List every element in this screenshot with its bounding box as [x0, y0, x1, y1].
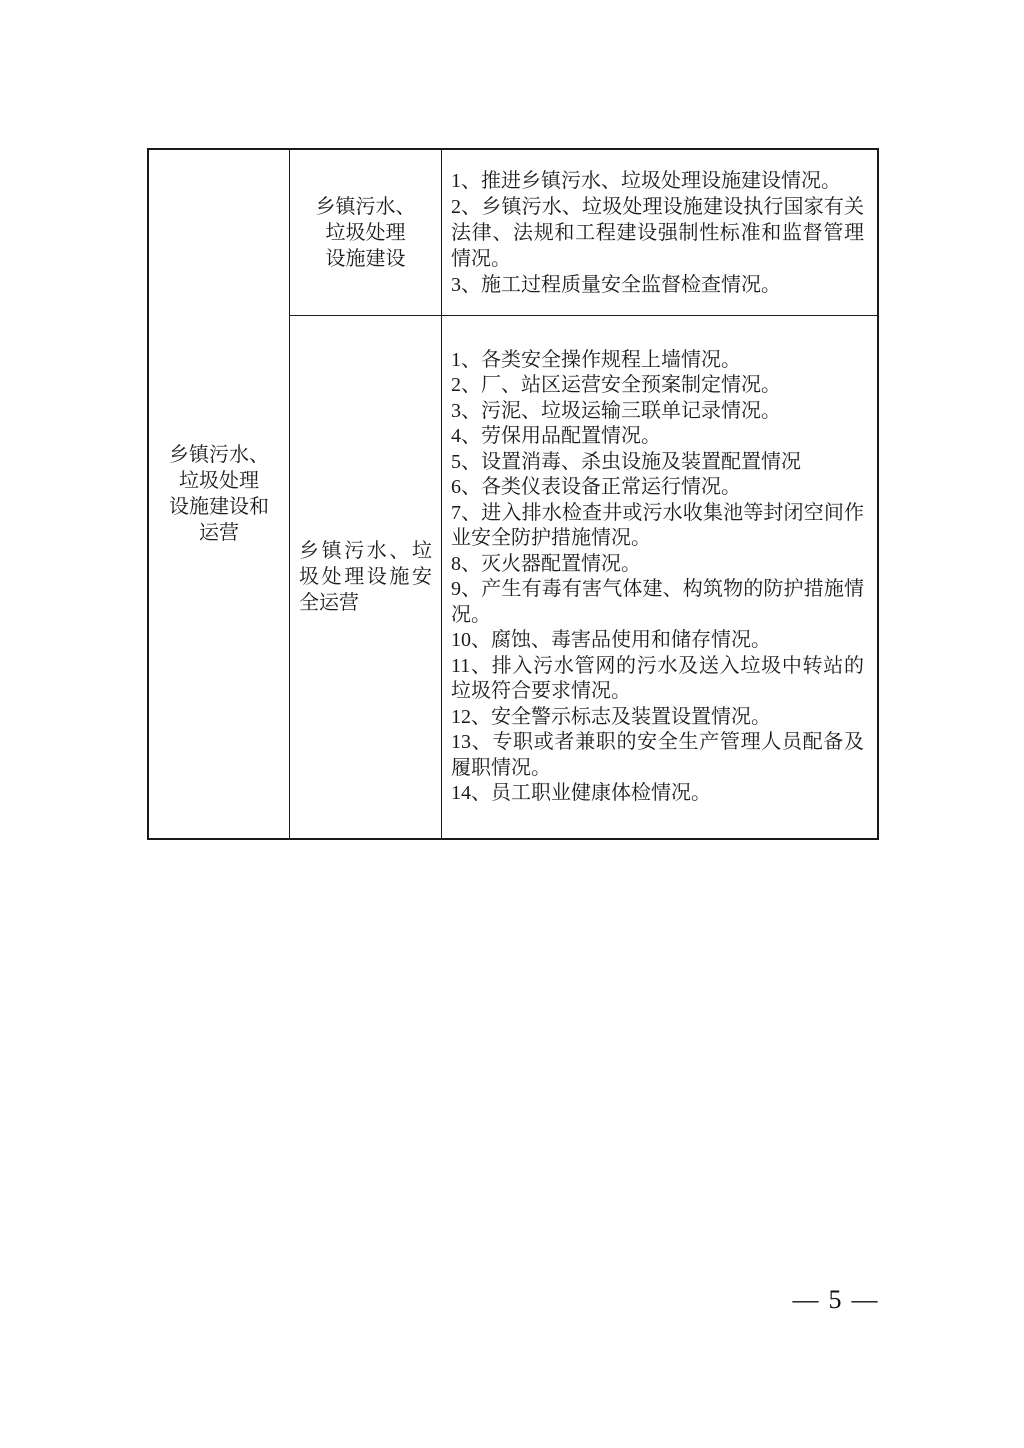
page-number-dash-right: —: [852, 1285, 878, 1314]
checklist-cell-operation: 1、各类安全操作规程上墙情况。2、厂、站区运营安全预案制定情况。3、污泥、垃圾运…: [442, 316, 877, 838]
subcategory-line: 垃圾处理: [326, 220, 406, 246]
checklist-cell-construction: 1、推进乡镇污水、垃圾处理设施建设情况。2、乡镇污水、垃圾处理设施建设执行国家有…: [442, 150, 877, 316]
checklist-item: 9、产生有毒有害气体建、构筑物的防护措施情况。: [451, 577, 864, 628]
checklist-item: 3、施工过程质量安全监督检查情况。: [451, 272, 864, 298]
category-line: 设施建设和: [169, 494, 269, 520]
checklist-item: 2、厂、站区运营安全预案制定情况。: [451, 373, 864, 399]
checklist-item: 11、排入污水管网的污水及送入垃圾中转站的垃圾符合要求情况。: [451, 654, 864, 705]
checklist-item: 1、推进乡镇污水、垃圾处理设施建设情况。: [451, 168, 864, 194]
document-page: { "table": { "category": { "lines": ["乡镇…: [0, 0, 1024, 1448]
checklist-item: 3、污泥、垃圾运输三联单记录情况。: [451, 399, 864, 425]
category-cell: 乡镇污水、垃圾处理设施建设和运营: [149, 150, 290, 838]
page-number: —5—: [770, 1285, 900, 1315]
checklist-item: 13、专职或者兼职的安全生产管理人员配备及履职情况。: [451, 730, 864, 781]
page-number-dash-left: —: [793, 1285, 819, 1314]
subcategory-cell-operation: 乡镇污水、垃圾处理设施安全运营: [290, 316, 442, 838]
checklist-item: 10、腐蚀、毒害品使用和储存情况。: [451, 628, 864, 654]
checklist-item: 8、灭火器配置情况。: [451, 552, 864, 578]
checklist-item: 6、各类仪表设备正常运行情况。: [451, 475, 864, 501]
checklist-item: 5、设置消毒、杀虫设施及装置配置情况: [451, 450, 864, 476]
checklist-item: 2、乡镇污水、垃圾处理设施建设执行国家有关法律、法规和工程建设强制性标准和监督管…: [451, 194, 864, 272]
subcategory-text: 乡镇污水、垃圾处理设施安全运营: [299, 538, 432, 616]
subcategory-cell-construction: 乡镇污水、垃圾处理设施建设: [290, 150, 442, 316]
subcategory-line: 设施建设: [326, 246, 406, 272]
category-line: 垃圾处理: [179, 468, 259, 494]
inspection-table: 乡镇污水、垃圾处理设施建设和运营 乡镇污水、垃圾处理设施建设 1、推进乡镇污水、…: [147, 148, 879, 840]
subcategory-line: 乡镇污水、: [316, 194, 416, 220]
checklist-item: 4、劳保用品配置情况。: [451, 424, 864, 450]
checklist-item: 14、员工职业健康体检情况。: [451, 781, 864, 807]
category-line: 运营: [199, 520, 239, 546]
checklist-item: 12、安全警示标志及装置设置情况。: [451, 705, 864, 731]
category-line: 乡镇污水、: [169, 442, 269, 468]
page-number-value: 5: [829, 1285, 842, 1314]
checklist-item: 1、各类安全操作规程上墙情况。: [451, 348, 864, 374]
checklist-item: 7、进入排水检查井或污水收集池等封闭空间作业安全防护措施情况。: [451, 501, 864, 552]
